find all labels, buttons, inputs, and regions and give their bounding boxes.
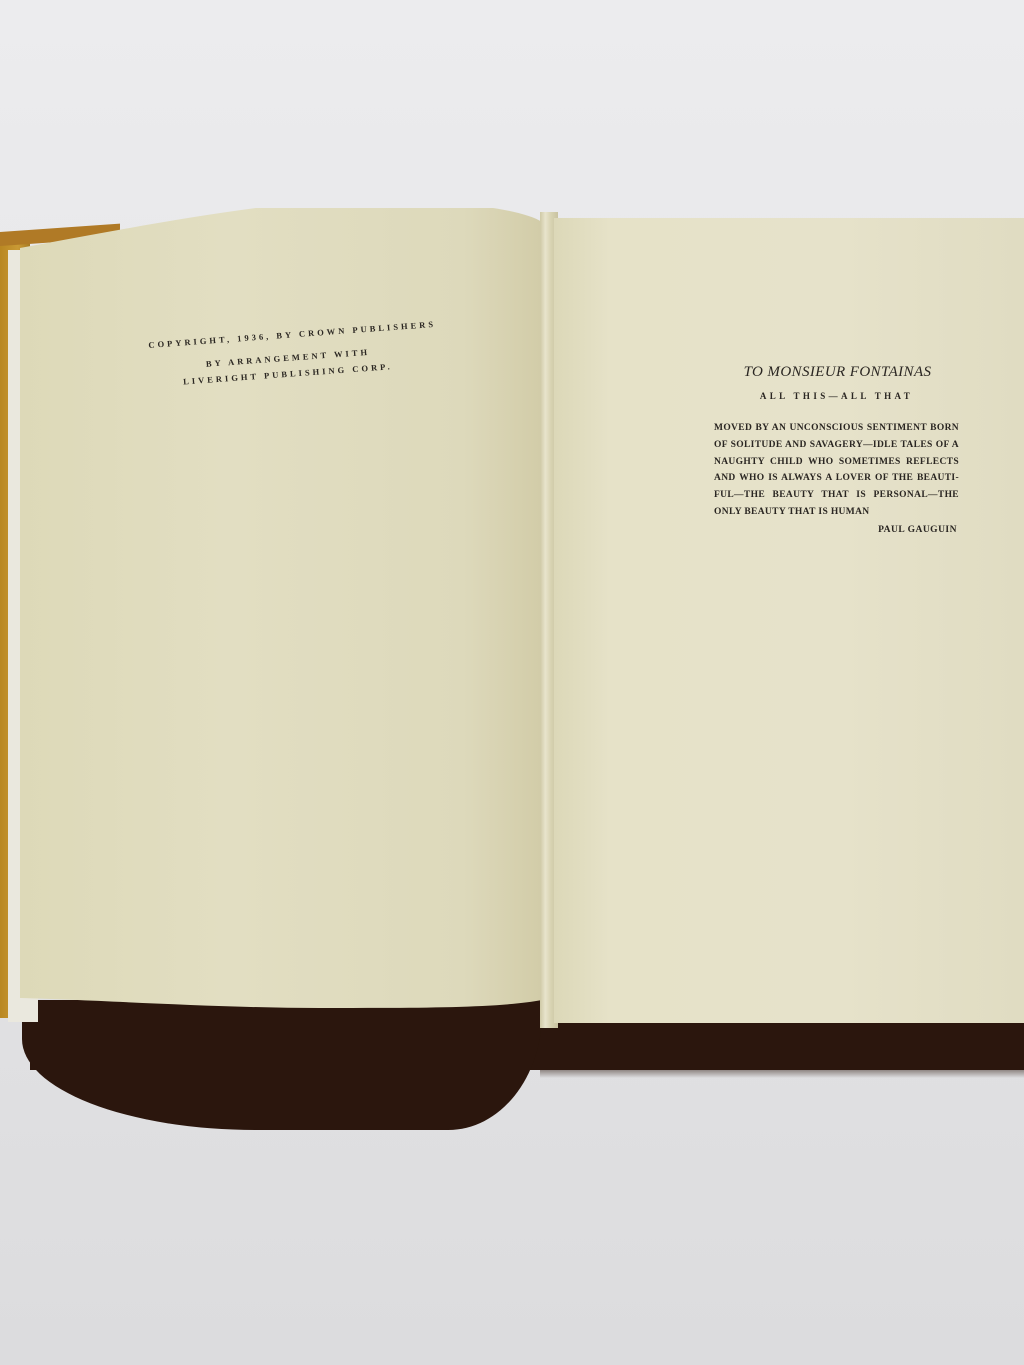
signature: PAUL GAUGUIN	[714, 525, 957, 535]
dedication-title: TO MONSIEUR FONTAINAS	[716, 364, 959, 381]
body-line: OF SOLITUDE AND SAVAGERY—IDLE TALES OF A	[714, 437, 959, 454]
dedication-block: TO MONSIEUR FONTAINAS ALL THIS—ALL THAT …	[714, 364, 959, 535]
body-line: AND WHO IS ALWAYS A LOVER OF THE BEAUTI-	[714, 470, 959, 487]
body-line: FUL—THE BEAUTY THAT IS PERSONAL—THE	[714, 487, 959, 504]
body-line: MOVED BY AN UNCONSCIOUS SENTIMENT BORN	[714, 420, 959, 437]
body-line: NAUGHTY CHILD WHO SOMETIMES REFLECTS	[714, 454, 959, 471]
right-page	[554, 218, 1024, 1023]
left-page	[20, 208, 542, 1008]
shadow-fade	[540, 1060, 1024, 1078]
dedication-subtitle: ALL THIS—ALL THAT	[714, 391, 959, 401]
body-line: ONLY BEAUTY THAT IS HUMAN	[714, 504, 959, 521]
dedication-body: MOVED BY AN UNCONSCIOUS SENTIMENT BORN O…	[714, 420, 959, 521]
